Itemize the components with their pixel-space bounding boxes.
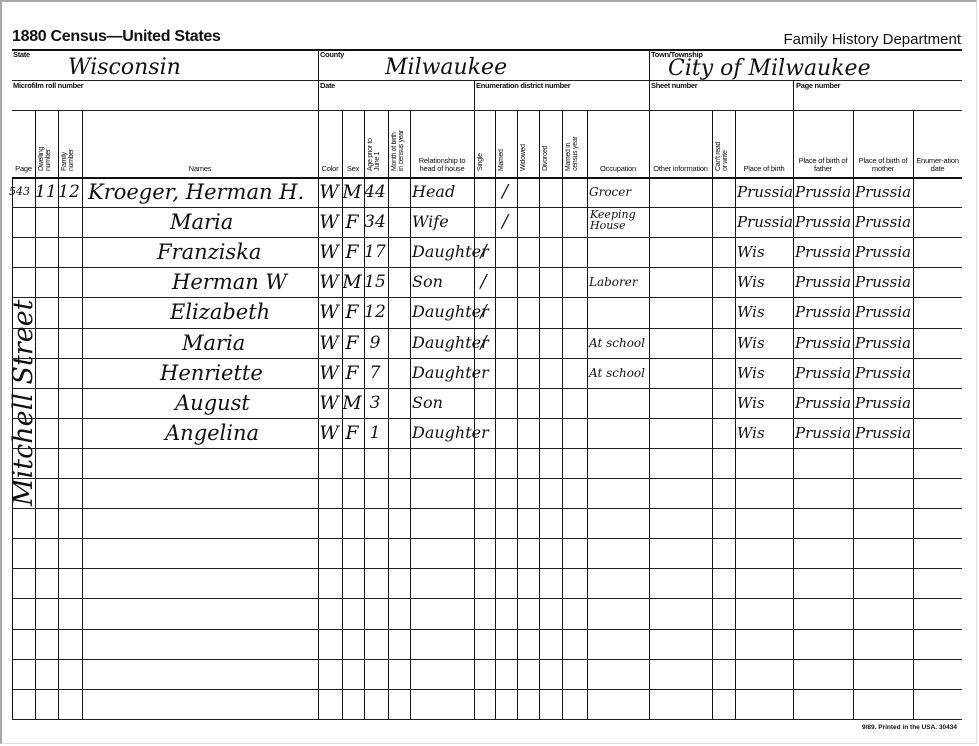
cell-married[interactable] xyxy=(495,267,515,297)
cell-married[interactable] xyxy=(495,328,515,358)
cell-father[interactable]: Prussia xyxy=(795,267,853,297)
column-header-single: Single xyxy=(477,114,494,171)
cell-sex[interactable]: M xyxy=(342,267,362,297)
row-rule xyxy=(12,659,962,660)
cell-father[interactable]: Prussia xyxy=(795,388,853,418)
cell-sex[interactable]: F xyxy=(342,358,362,388)
state-label: State xyxy=(13,51,30,59)
cell-married[interactable] xyxy=(495,237,515,267)
cell-single[interactable]: / xyxy=(474,237,493,267)
column-header-place-birth: Place of birth xyxy=(736,112,792,173)
cell-married[interactable]: / xyxy=(495,207,515,237)
cell-married[interactable] xyxy=(495,297,515,327)
cell-relationship[interactable]: Son xyxy=(412,388,474,418)
cell-single[interactable]: / xyxy=(474,267,493,297)
cell-dwelling[interactable] xyxy=(35,237,56,267)
cell-occupation[interactable]: Grocer xyxy=(589,177,649,207)
enumeration-district-label: Enumeration district number xyxy=(476,82,570,90)
cell-name[interactable]: Herman W xyxy=(172,267,287,297)
column-header-place-birth-father: Place of birth of father xyxy=(794,112,852,173)
cell-father[interactable]: Prussia xyxy=(795,358,853,388)
cell-father[interactable]: Prussia xyxy=(795,418,853,448)
cell-name[interactable]: August xyxy=(175,388,250,418)
cell-name[interactable]: Angelina xyxy=(165,418,259,448)
county-value[interactable]: Milwaukee xyxy=(385,55,507,80)
cell-age[interactable]: 44 xyxy=(364,177,386,207)
cell-mother[interactable]: Prussia xyxy=(855,328,913,358)
cell-sex[interactable]: M xyxy=(342,388,362,418)
column-header-sex: Sex xyxy=(343,112,363,173)
column-header-relationship: Relationship to head of house xyxy=(411,112,473,173)
cell-age[interactable]: 1 xyxy=(364,418,386,448)
column-header-place-birth-mother: Place of birth of mother xyxy=(854,112,912,173)
cell-sex[interactable]: F xyxy=(342,418,362,448)
cell-color[interactable]: W xyxy=(318,177,340,207)
cell-age[interactable]: 7 xyxy=(364,358,386,388)
row-rule xyxy=(12,629,962,630)
cell-relationship[interactable]: Daughter xyxy=(412,328,474,358)
cell-family[interactable] xyxy=(58,418,80,448)
cell-family[interactable] xyxy=(58,267,80,297)
cell-family[interactable]: 12 xyxy=(58,177,80,207)
cell-birth[interactable]: Wis xyxy=(737,358,793,388)
cell-color[interactable]: W xyxy=(318,388,340,418)
cell-single[interactable] xyxy=(474,177,493,207)
header-divider xyxy=(649,49,650,110)
header-divider xyxy=(474,80,475,110)
page-number-label: Page number xyxy=(796,82,840,90)
cell-married[interactable]: / xyxy=(495,177,515,207)
state-value[interactable]: Wisconsin xyxy=(68,55,181,80)
header-bottom-rule xyxy=(12,110,962,111)
cell-age[interactable]: 34 xyxy=(364,207,386,237)
cell-birth[interactable]: Wis xyxy=(737,237,793,267)
cell-occupation[interactable]: At school xyxy=(589,358,649,388)
row-rule xyxy=(12,508,962,509)
cell-page[interactable] xyxy=(9,237,30,267)
column-header-married-year: Married in census year xyxy=(565,114,586,171)
cell-father[interactable]: Prussia xyxy=(795,207,853,237)
cell-occupation[interactable]: Keeping House xyxy=(590,209,648,235)
column-header-divorced: Divorced xyxy=(542,114,561,171)
row-rule xyxy=(12,478,962,479)
cell-father[interactable]: Prussia xyxy=(795,177,853,207)
cell-mother[interactable]: Prussia xyxy=(855,388,913,418)
cell-mother[interactable]: Prussia xyxy=(855,237,913,267)
form-footer: 9/89. Printed in the USA. 30434 xyxy=(862,724,957,731)
column-header-other-info: Other information xyxy=(650,112,711,173)
cell-father[interactable]: Prussia xyxy=(795,297,853,327)
cell-sex[interactable]: M xyxy=(342,177,362,207)
cell-family[interactable] xyxy=(58,237,80,267)
header-divider xyxy=(318,49,319,110)
cell-sex[interactable]: F xyxy=(342,207,362,237)
column-header-color: Color xyxy=(319,112,341,173)
header-top-rule xyxy=(12,49,962,51)
column-header-names: Names xyxy=(83,112,317,173)
cell-sex[interactable]: F xyxy=(342,328,362,358)
cell-family[interactable] xyxy=(58,358,80,388)
cell-married[interactable] xyxy=(495,358,515,388)
cell-single[interactable] xyxy=(474,388,493,418)
cell-occupation[interactable] xyxy=(589,297,649,327)
cell-relationship[interactable]: Daughter xyxy=(412,237,474,267)
cell-color[interactable]: W xyxy=(318,328,340,358)
cell-mother[interactable]: Prussia xyxy=(855,267,913,297)
cell-birth[interactable]: Wis xyxy=(737,388,793,418)
cell-page[interactable] xyxy=(9,207,30,237)
cell-name[interactable]: Maria xyxy=(170,207,233,237)
cell-relationship[interactable]: Daughter xyxy=(412,418,474,448)
cell-name[interactable]: Kroeger, Herman H. xyxy=(88,177,304,207)
column-header-cant-read: Can't read or write xyxy=(715,114,734,171)
cell-name[interactable]: Henriette xyxy=(160,358,263,388)
cell-color[interactable]: W xyxy=(318,297,340,327)
cell-color[interactable]: W xyxy=(318,358,340,388)
cell-birth[interactable]: Prussia xyxy=(737,177,793,207)
cell-relationship[interactable]: Head xyxy=(412,177,474,207)
form-title: 1880 Census—United States xyxy=(12,28,221,46)
cell-occupation[interactable]: Laborer xyxy=(589,267,649,297)
cell-mother[interactable]: Prussia xyxy=(855,177,913,207)
date-label: Date xyxy=(320,82,335,90)
cell-birth[interactable]: Prussia xyxy=(737,207,793,237)
column-header-married: Married xyxy=(498,114,516,171)
cell-age[interactable]: 9 xyxy=(364,328,386,358)
cell-family[interactable] xyxy=(58,328,80,358)
row-rule xyxy=(12,719,962,720)
cell-occupation[interactable] xyxy=(589,388,649,418)
cell-occupation[interactable] xyxy=(589,237,649,267)
cell-sex[interactable]: F xyxy=(342,237,362,267)
cell-color[interactable]: W xyxy=(318,267,340,297)
column-header-enumeration-date: Enumer-ation date xyxy=(914,112,961,173)
cell-birth[interactable]: Wis xyxy=(737,418,793,448)
cell-relationship[interactable]: Son xyxy=(412,267,474,297)
cell-relationship[interactable]: Daughter xyxy=(412,297,474,327)
cell-single[interactable] xyxy=(474,418,493,448)
cell-occupation[interactable] xyxy=(589,418,649,448)
department-name: Family History Department xyxy=(783,31,961,48)
column-header-page: Page xyxy=(13,112,34,173)
cell-age[interactable]: 15 xyxy=(364,267,386,297)
cell-family[interactable] xyxy=(58,388,80,418)
row-rule xyxy=(12,448,962,449)
cell-family[interactable] xyxy=(58,207,80,237)
cell-sex[interactable]: F xyxy=(342,297,362,327)
cell-father[interactable]: Prussia xyxy=(795,328,853,358)
column-header-age: Age prior to June 1 xyxy=(367,114,387,171)
cell-mother[interactable]: Prussia xyxy=(855,418,913,448)
column-header-dwelling: Dwelling number xyxy=(38,114,57,171)
cell-married[interactable] xyxy=(495,388,515,418)
cell-single[interactable]: / xyxy=(474,297,493,327)
row-rule xyxy=(12,568,962,569)
column-header-month-birth: Month of birth in census year xyxy=(391,114,409,171)
cell-dwelling[interactable] xyxy=(35,207,56,237)
cell-dwelling[interactable] xyxy=(35,267,56,297)
cell-page[interactable] xyxy=(9,267,30,297)
cell-color[interactable]: W xyxy=(318,237,340,267)
cell-married[interactable] xyxy=(495,418,515,448)
cell-age[interactable]: 3 xyxy=(364,388,386,418)
column-header-occupation: Occupation xyxy=(588,112,648,173)
cell-relationship[interactable]: Wife xyxy=(412,207,474,237)
street-annotation: Mitchell Street xyxy=(8,295,39,510)
cell-family[interactable] xyxy=(58,297,80,327)
town-value[interactable]: City of Milwaukee xyxy=(668,56,871,81)
cell-mother[interactable]: Prussia xyxy=(855,297,913,327)
cell-occupation[interactable]: At school xyxy=(589,328,649,358)
column-header-widowed: Widowed xyxy=(520,114,538,171)
cell-name[interactable]: Franziska xyxy=(157,237,261,267)
cell-color[interactable]: W xyxy=(318,418,340,448)
row-rule xyxy=(12,538,962,539)
column-header-family: Family number xyxy=(61,114,81,171)
cell-dwelling[interactable]: 11 xyxy=(35,177,56,207)
cell-age[interactable]: 12 xyxy=(364,297,386,327)
cell-birth[interactable]: Wis xyxy=(737,267,793,297)
cell-father[interactable]: Prussia xyxy=(795,237,853,267)
row-rule xyxy=(12,689,962,690)
cell-mother[interactable]: Prussia xyxy=(855,358,913,388)
cell-birth[interactable]: Wis xyxy=(737,297,793,327)
sheet-number-label: Sheet number xyxy=(651,82,697,90)
cell-relationship[interactable]: Daughter xyxy=(412,358,474,388)
cell-single[interactable] xyxy=(474,207,493,237)
cell-name[interactable]: Maria xyxy=(182,328,245,358)
cell-name[interactable]: Elizabeth xyxy=(170,297,270,327)
microfilm-label: Microfilm roll number xyxy=(13,82,83,90)
cell-mother[interactable]: Prussia xyxy=(855,207,913,237)
cell-page[interactable]: 543 xyxy=(9,177,30,207)
cell-color[interactable]: W xyxy=(318,207,340,237)
county-label: County xyxy=(320,51,344,59)
cell-single[interactable]: / xyxy=(474,328,493,358)
cell-age[interactable]: 17 xyxy=(364,237,386,267)
cell-birth[interactable]: Wis xyxy=(737,328,793,358)
cell-single[interactable] xyxy=(474,358,493,388)
row-rule xyxy=(12,598,962,599)
header-divider xyxy=(793,80,794,110)
